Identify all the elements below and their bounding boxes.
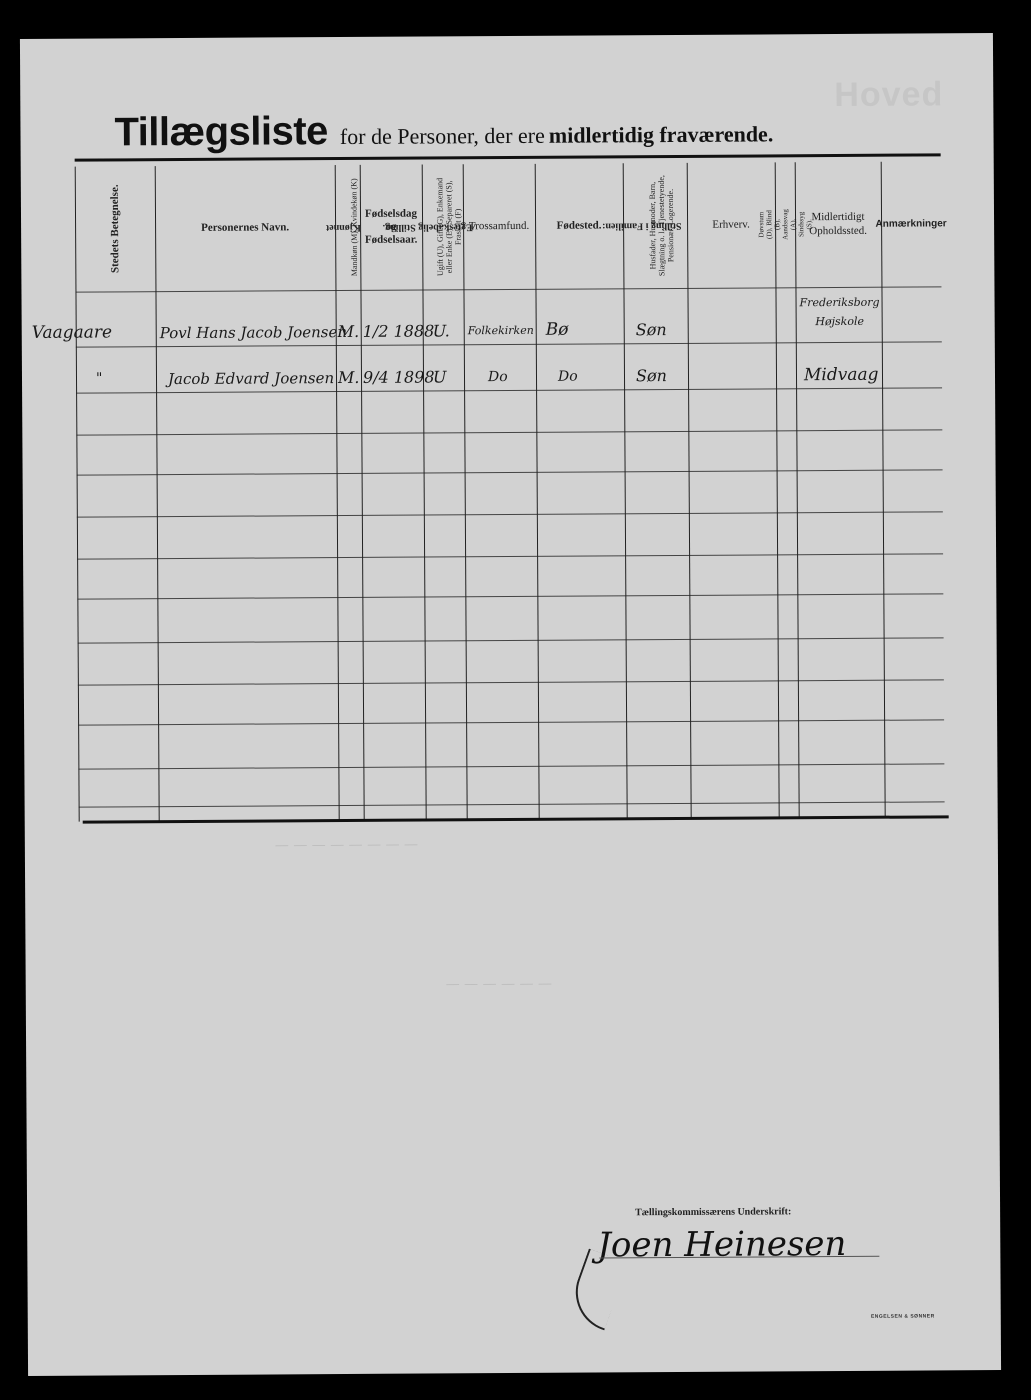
row2-kjonnet: M. (338, 368, 360, 387)
bleed-through-text: — — — — — — — — (275, 837, 418, 854)
row-divider (76, 341, 942, 347)
signature-label: Tællingskommissærens Underskrift: (635, 1206, 791, 1218)
row2-egteskab: U (433, 367, 447, 386)
row1-opholdssted: Frederiksborg Højskole (797, 294, 881, 332)
row-divider (78, 679, 944, 685)
header-kjonnet: KjønnetMandkøn (M), Kvindekøn (K) (335, 165, 361, 290)
form-title: Tillægsliste for de Personer, der ere mi… (114, 106, 773, 155)
signature-flourish (565, 1249, 629, 1331)
row-divider (77, 511, 943, 517)
row-divider (78, 763, 944, 769)
row-divider (77, 469, 943, 475)
row-divider (79, 801, 945, 807)
printer-mark: ENGELSEN & SØNNER (871, 1313, 935, 1319)
row-divider (76, 429, 942, 435)
title-part-1: for de Personer, der ere (340, 123, 545, 149)
bleed-through-text: Hoved (834, 75, 943, 115)
row2-navn: Jacob Edvard Joensen (168, 369, 334, 388)
row1-navn: Povl Hans Jacob Joensen (160, 323, 347, 342)
row1-egteskab: U. (433, 321, 450, 340)
row1-stilling: Søn (636, 320, 667, 339)
row-divider (78, 637, 944, 643)
bleed-through-text: — — — — — — (446, 976, 552, 993)
header-egteskabelig-stilling: Ægteskabelig Stilling.Ugift (U), Gift (G… (422, 164, 464, 289)
census-form-page: Hoved Tillægsliste for de Personer, der … (20, 33, 1001, 1376)
row1-stedets-betegnelse: Vaagaare (32, 322, 112, 342)
row-divider (78, 719, 944, 725)
row2-fodsel: 9/4 1898 (363, 367, 435, 386)
row1-trossamfund: Folkekirken (468, 324, 534, 337)
header-stilling-i-familien: Stilling i Familien:Husfader, Husmoder, … (623, 163, 688, 288)
row2-fodested: Do (558, 369, 578, 385)
row-divider (77, 553, 943, 559)
row-divider (76, 387, 942, 393)
header-stedets-betegnelse: Stedets Betegnelse. (75, 166, 156, 291)
row2-opholdssted: Midvaag (804, 365, 879, 385)
signature: Joen Heinesen (597, 1224, 846, 1266)
row-divider (77, 593, 943, 599)
header-dovstum-blind: Døvstum (D), Blind (B), Aandssvag (A), S… (775, 162, 796, 287)
census-table: Stedets Betegnelse. Personernes Navn. Kj… (75, 161, 945, 821)
row1-fodsel: 1/2 1888 (363, 321, 435, 340)
title-main: Tillægsliste (114, 109, 328, 154)
row1-fodested: Bø (546, 320, 569, 340)
title-part-2: midlertidig fraværende. (549, 121, 774, 147)
row2-stilling: Søn (636, 366, 667, 385)
row1-kjonnet: M. (338, 322, 360, 341)
header-anmaerkninger: Anmærkninger (881, 161, 942, 286)
header-midlertidigt-opholdssted: Midlertidigt Opholdssted. (795, 162, 882, 288)
row2-stedets-betegnelse: " (96, 370, 103, 386)
row2-trossamfund: Do (488, 369, 508, 385)
header-trossamfund: Trossamfund. (463, 164, 536, 289)
